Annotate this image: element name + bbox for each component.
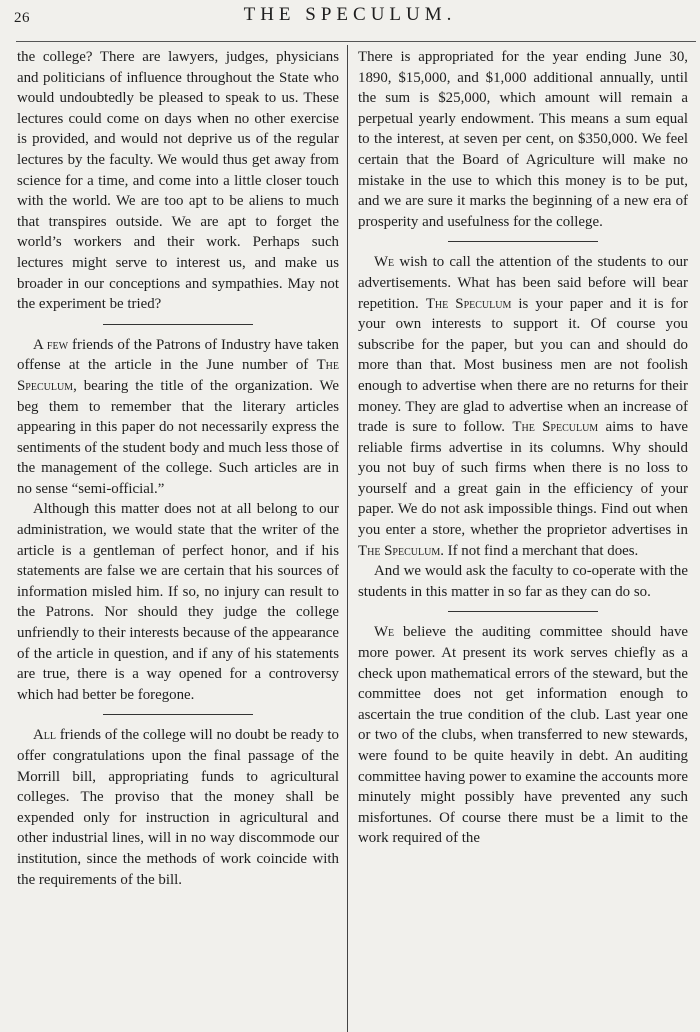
left-column: the college? There are lawyers, judges, … [17, 47, 339, 890]
right-column: There is appropriated for the year endin… [358, 47, 688, 849]
editorial-advertisements-faculty: And we would ask the faculty to co-opera… [358, 561, 688, 602]
lead-words: We [374, 254, 394, 270]
lead-words: All [33, 727, 56, 743]
editorial-lectures-continued: the college? There are lawyers, judges, … [17, 47, 339, 315]
lead-words: A few [33, 337, 68, 353]
publication-title: The Speculum [358, 543, 440, 559]
editorial-morrill-bill: All friends of the college will no doubt… [17, 725, 339, 890]
editorial-patrons-continued: Although this matter does not at all bel… [17, 499, 339, 705]
header-rule [16, 41, 696, 42]
page-header: 26 THE SPECULUM. [0, 0, 700, 36]
section-separator [448, 611, 598, 612]
publication-title: The Speculum [512, 419, 598, 435]
section-separator [103, 324, 253, 325]
editorial-patrons-of-industry: A few friends of the Patrons of Industry… [17, 335, 339, 500]
section-separator [448, 241, 598, 242]
running-title: THE SPECULUM. [0, 4, 700, 26]
column-divider [347, 45, 348, 1032]
editorial-morrill-bill-continued: There is appropriated for the year endin… [358, 47, 688, 232]
editorial-advertisements: We wish to call the attention of the stu… [358, 252, 688, 561]
document-page: 26 THE SPECULUM. the college? There are … [0, 0, 700, 1032]
lead-words: We [374, 624, 394, 640]
editorial-auditing-committee: We believe the auditing committee should… [358, 622, 688, 849]
publication-title: The Speculum [426, 296, 512, 312]
section-separator [103, 714, 253, 715]
